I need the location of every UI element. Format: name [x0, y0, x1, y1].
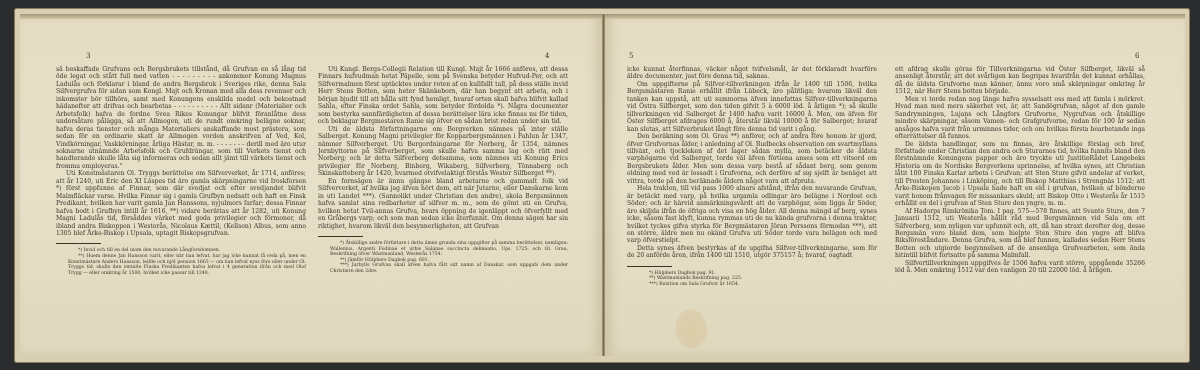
paragraph: Men vi torde redan nog länge hafva sysse… [895, 96, 1145, 141]
text-column-page-6: ett afdrag skulle göras för Tillverkning… [895, 66, 1145, 275]
paragraph: Uti Kungl. Bergs-Collegii Relation till … [318, 66, 568, 126]
paragraph: Om uppgifterne på Silfver-tillverkningen… [627, 81, 877, 133]
paragraph: Uti de äldsta författningarne om Bergver… [318, 126, 568, 178]
left-page: 3 să beskaffade Grufvans och Bergsbruket… [20, 14, 603, 356]
text-column-page-5: icke kunnat återfinnas, väcker något tvi… [627, 66, 877, 288]
text-column-page-4: Uti Kungl. Bergs-Collegii Relation till … [318, 66, 568, 275]
text-column-page-3: să beskaffade Grufvans och Bergsbrukets … [56, 66, 306, 276]
water-stain [675, 309, 707, 349]
paragraph: Detta synes äfven bestyrkas af de upgifn… [627, 245, 877, 260]
paragraph: Hela trakten, till vid pass 1000 alnars … [627, 185, 877, 245]
paragraph: Uti Konstmästaren Ol. Tryggs berättelse … [56, 170, 306, 237]
paragraph: Silfvertillverkningen uppgifves år 1506 … [895, 260, 1145, 275]
footnote-rule [627, 266, 672, 267]
page-number: 6 [1135, 52, 1139, 60]
footnote-rule [56, 243, 101, 244]
paragraph: să beskaffade Grufvans och Bergsbrukets … [56, 66, 306, 170]
page-top-edge [605, 14, 1185, 19]
paragraph: En fornsägen är ännu gängse bland arbeta… [318, 178, 568, 230]
paragraph: Den beräkning som Ol. Grau **) anförer, … [627, 133, 877, 185]
page-number: 3 [86, 52, 90, 60]
page-number: 4 [545, 52, 549, 60]
page-number: 5 [629, 52, 633, 60]
footnote: ***) Relation om Sala Grufvor år 1654. [627, 282, 877, 288]
footnote-rule [318, 236, 363, 237]
page-top-edge [20, 14, 602, 19]
footnote: **) Huem denne Jan Hansson varit, eller … [56, 254, 306, 276]
open-book: 3 să beskaffade Grufvans och Bergsbruket… [14, 8, 1190, 363]
footnote: ***) Jurbylls Grufvan skall äfven hafva … [318, 263, 568, 274]
footnote: *) Åtskillige andre författare i detta ä… [318, 241, 568, 258]
paragraph: ett afdrag skulle göras för Tillverkning… [895, 66, 1145, 96]
right-page: 5 icke kunnat återfinnas, väcker något t… [604, 14, 1185, 356]
paragraph: icke kunnat återfinnas, väcker något tvi… [627, 66, 877, 81]
paragraph: De äldsta handlingar, som nu finnas, äro… [895, 141, 1145, 208]
paragraph: Af Hadorps Rimkrönika Tom. I pag. 575—57… [895, 208, 1145, 260]
